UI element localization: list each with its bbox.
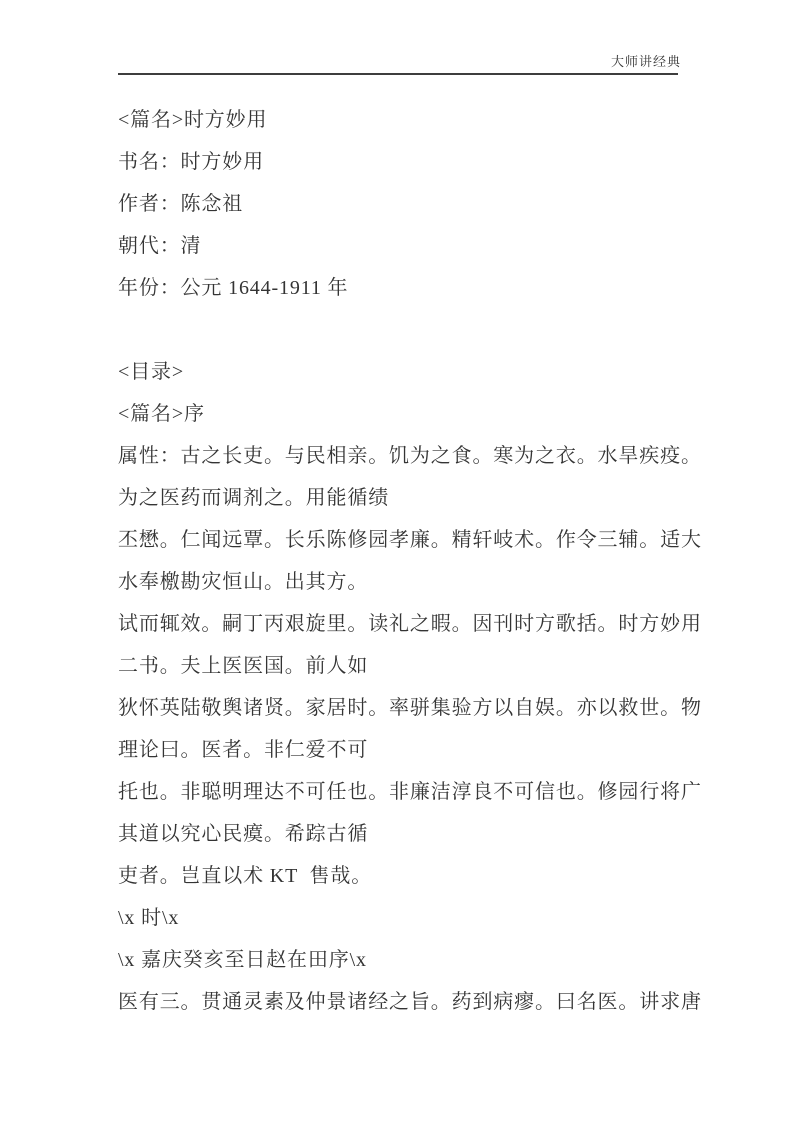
text-line: 水奉檄勘灾恒山。出其方。 [118,561,718,603]
text-line: 作者：陈念祖 [118,183,718,225]
text-line: 吏者。岂直以术 KT 售哉。 [118,855,718,897]
header-rule [118,73,678,75]
text-line: 理论曰。医者。非仁爱不可 [118,729,718,771]
text-line: 托也。非聪明理达不可任也。非廉洁淳良不可信也。修园行将广 [118,771,718,813]
text-line: 试而辄效。嗣丁丙艰旋里。读礼之暇。因刊时方歌括。时方妙用 [118,603,718,645]
text-line: 为之医药而调剂之。用能循绩 [118,477,718,519]
text-line: \x 嘉庆癸亥至日赵在田序\x [118,939,718,981]
document-body: <篇名>时方妙用书名：时方妙用作者：陈念祖朝代：清年份：公元 1644-1911… [118,99,718,1023]
text-line: 狄怀英陆敬舆诸贤。家居时。率骈集验方以自娱。亦以救世。物 [118,687,718,729]
blank-line [118,309,718,351]
text-line: 书名：时方妙用 [118,141,718,183]
text-line: 朝代：清 [118,225,718,267]
text-line: 丕懋。仁闻远覃。长乐陈修园孝廉。精轩岐术。作令三辅。适大 [118,519,718,561]
text-line: \x 时\x [118,897,718,939]
text-line: <篇名>序 [118,393,718,435]
text-line: 其道以究心民瘼。希踪古循 [118,813,718,855]
text-line: <篇名>时方妙用 [118,99,718,141]
document-page: 大师讲经典 <篇名>时方妙用书名：时方妙用作者：陈念祖朝代：清年份：公元 164… [0,0,793,1122]
text-line: <目录> [118,351,718,393]
text-line: 年份：公元 1644-1911 年 [118,267,718,309]
text-line: 医有三。贯通灵素及仲景诸经之旨。药到病瘳。曰名医。讲求唐 [118,981,718,1023]
text-line: 二书。夫上医医国。前人如 [118,645,718,687]
header-title: 大师讲经典 [0,53,681,71]
text-line: 属性：古之长吏。与民相亲。饥为之食。寒为之衣。水旱疾疫。 [118,435,718,477]
